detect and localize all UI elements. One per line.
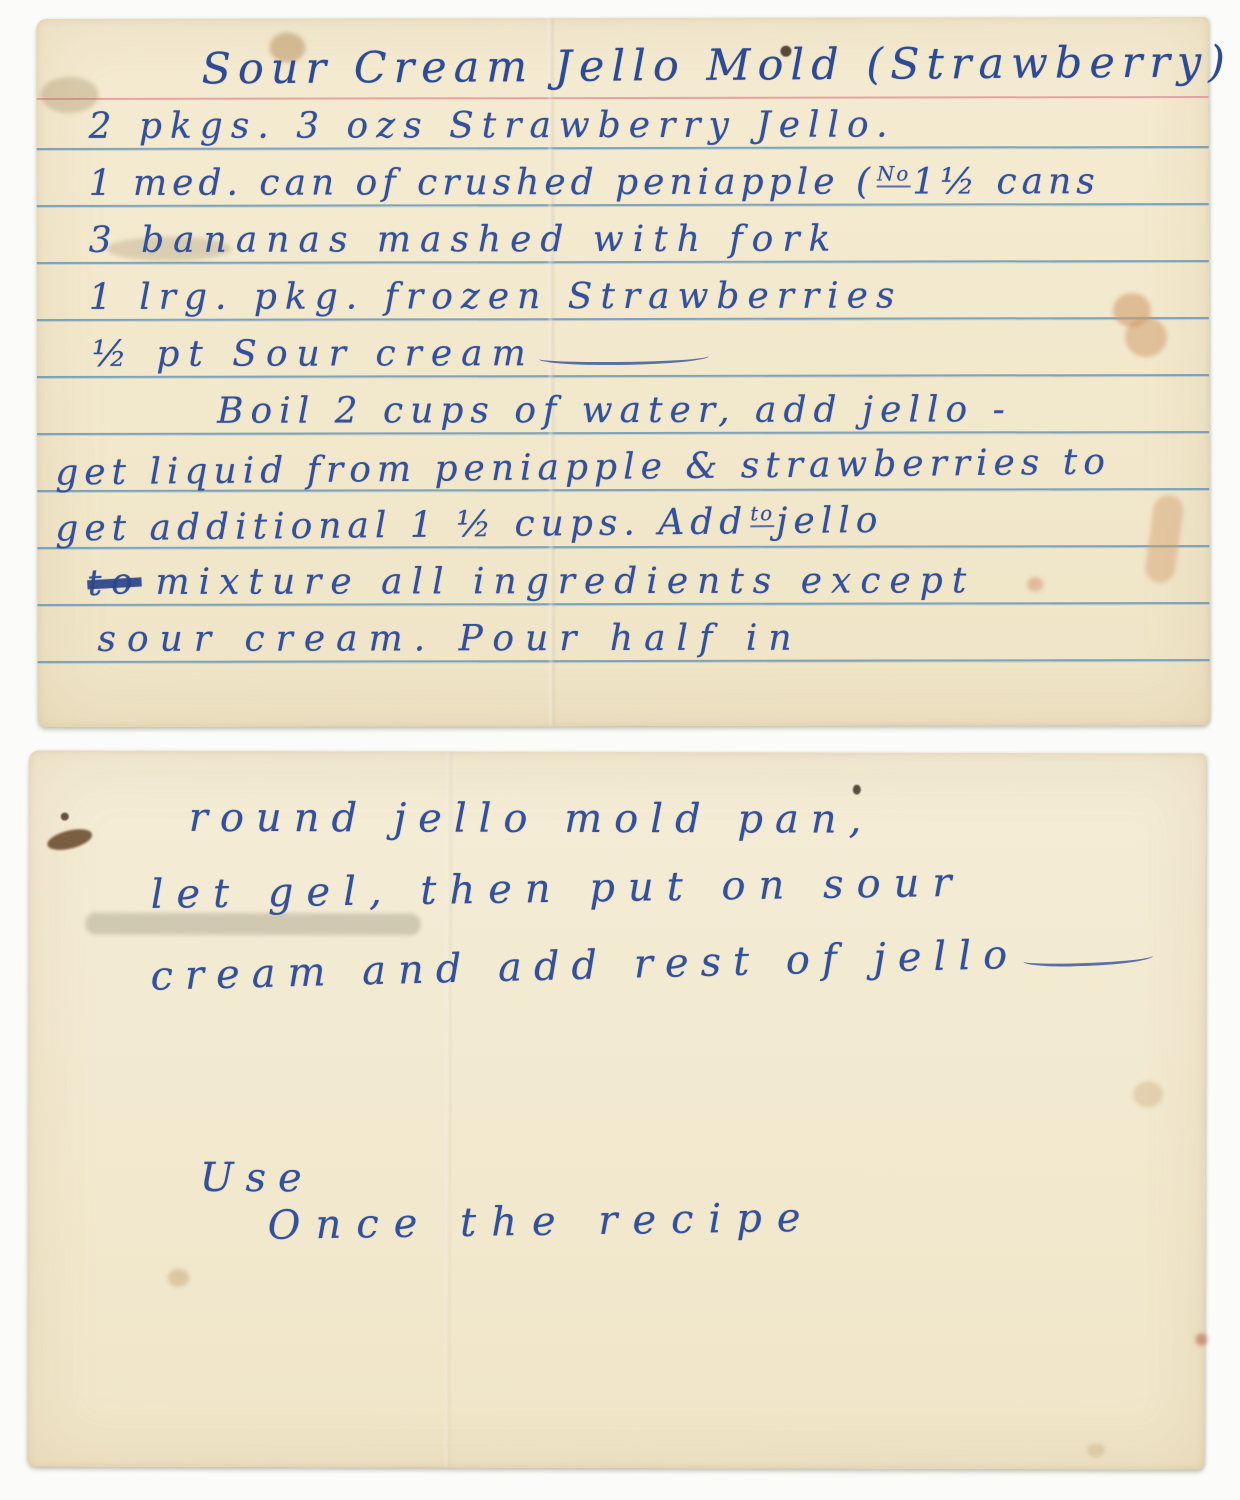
instruction-3-end: jello (776, 500, 884, 542)
stain (1143, 493, 1185, 584)
crossed-out-word: to (86, 561, 142, 603)
instruction-line-1: Boil 2 cups of water, add jello - (217, 390, 1012, 431)
ruled-line-blue (37, 431, 1209, 435)
stain (853, 785, 861, 795)
back-line-1: round jello mold pan, (189, 796, 874, 842)
stain (1133, 1081, 1163, 1107)
instruction-line-5: sour cream. Pour half in (97, 619, 802, 660)
stain (1125, 317, 1167, 357)
ingredient-line-5: ½ pt Sour cream (92, 334, 709, 375)
ingredient-line-3: 3 bananas mashed with fork (89, 220, 840, 261)
instruction-4-text: mixture all ingredients except (155, 560, 975, 602)
instruction-line-3: get additional 1 ½ cups. Addtojello (55, 501, 884, 549)
back-note-1: Use (200, 1156, 314, 1200)
stain (61, 813, 69, 821)
ingredient-line-2: 1 med. can of crushed peniapple (No1½ ca… (89, 162, 1100, 203)
back-note-2: Once the recipe (267, 1196, 815, 1248)
stain (1087, 1443, 1105, 1457)
superscript-no: No (877, 162, 910, 187)
stain (1113, 293, 1151, 327)
ingredient-2-text: 1 med. can of crushed peniapple ( (89, 162, 875, 204)
recipe-card-front: Sour Cream Jello Mold (Strawberry) 2 pkg… (36, 17, 1209, 727)
stain (45, 825, 94, 853)
superscript-to: to (750, 502, 774, 527)
instruction-line-4: tomixture all ingredients except (87, 561, 975, 602)
card-crease (445, 752, 452, 1468)
ingredient-line-4: 1 lrg. pkg. frozen Strawberries (89, 277, 903, 318)
instruction-line-2: get liquid from peniapple & strawberries… (55, 443, 1111, 494)
back-line-3: cream and add rest of jello (150, 929, 1154, 998)
ingredient-line-1: 2 pkgs. 3 ozs Strawberry Jello. (89, 106, 896, 147)
ruled-line-red (37, 96, 1209, 100)
recipe-card-back: round jello mold pan, let gel, then put … (27, 750, 1206, 1469)
stain (1027, 577, 1043, 591)
stain (168, 1269, 190, 1287)
recipe-title: Sour Cream Jello Mold (Strawberry) (201, 39, 1232, 93)
back-line-2: let gel, then put on sour (150, 861, 965, 917)
instruction-3-text: get additional 1 ½ cups. Add (55, 501, 749, 549)
ingredient-2-amount: 1½ cans (912, 161, 1100, 202)
